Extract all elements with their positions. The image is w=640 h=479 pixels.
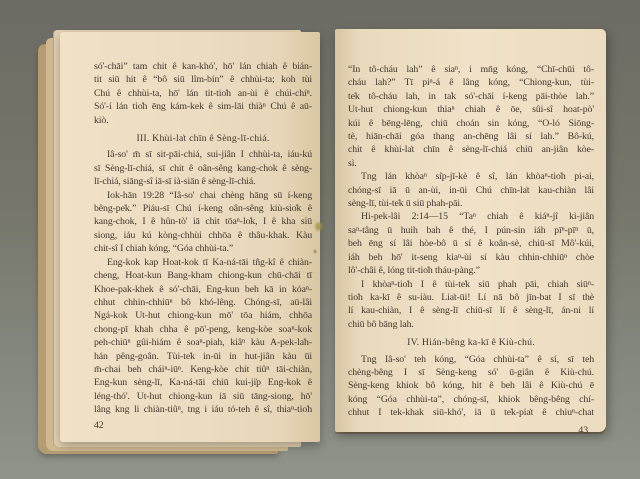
text-line: tè, hiān-chāi góa thang an-chēng lâi sí … <box>348 130 594 143</box>
text-line: m̄-chai beh cháiⁿ-iūⁿ. Keng-kòe chit tiû… <box>94 363 312 376</box>
text-line: Iok-hān 19:28 “Iâ-so' chai chèng hāng sū… <box>94 189 312 202</box>
text-line: lí kau-chiàn, I ê sèng-lī chiū-sī lí ê s… <box>348 304 594 317</box>
section-heading: IV. Hián-bêng ka-kī ê Kiù-chú. <box>348 336 594 349</box>
text-line: “In tô-cháu lah” ê siaⁿ, i mn̄g kóng, “C… <box>348 63 594 76</box>
text-line: Ngá-kok Ut-hut chiong-kun mō' tōa hiám, … <box>94 309 312 322</box>
text-line: sī Sèng-lī-chiá, sī chit ê oân-sêng kang… <box>94 162 312 175</box>
text-line: kóng “Góa chhùi-ta”, chóng-sī, khiok bên… <box>348 393 594 406</box>
text-line: iáh beh hō' it-seng kiaⁿ-ùi sí kàu chhin… <box>348 251 594 264</box>
text-line: Chú ê chhùi-ta, hō' lán tit-tio̍h an-ùi … <box>94 87 312 100</box>
text-line: Khoe-pak-khek ê só'-chāi, Eng-kun beh kā… <box>94 283 312 296</box>
text-line: Ut-hut chiong-kun thiaⁿ chiah ê ōe, sûi-… <box>348 103 594 116</box>
text-line: Sèng-keng khiok bô kóng, hit ê beh lâi ê… <box>348 379 594 392</box>
text-line: bêng-pe̍k.” Piáu-sī Chú í-keng oân-sêng … <box>94 202 312 215</box>
text-line: sì. <box>348 157 594 170</box>
text-line: só'-chāi” tam chit ê kan-khó', hō' lán c… <box>94 60 312 73</box>
text-line: tit siū hit ê “bô siū lîm-bín” ê chhùi-t… <box>94 73 312 86</box>
text-line: Eng-kok kap Hoat-kok tī Ka-ná-tāi tn̂g-k… <box>94 256 312 269</box>
text-line: kang-chok, I ê hûn-tò' iā chit tōaⁿ-lo̍k… <box>94 215 312 228</box>
text-line: cháu lah?” Tī piⁿ-á ê lâng kóng, “Chiong… <box>348 76 594 89</box>
text-line: lô'-châi ê, lóng tit-tio̍h tháu-pàng.” <box>348 264 594 277</box>
text-line: Só'-í lán tio̍h ēng kám-kek ê sim-lāi th… <box>94 100 312 113</box>
text-line: kiò. <box>94 114 312 127</box>
text-line: Tng Iâ-so' teh kóng, “Góa chhùi-ta” ê sí… <box>348 353 594 366</box>
right-page-number: 43 <box>348 424 594 437</box>
right-page: “In tô-cháu lah” ê siaⁿ, i mn̄g kóng, “C… <box>335 29 606 432</box>
right-page-text: “In tô-cháu lah” ê siaⁿ, i mn̄g kóng, “C… <box>348 63 594 437</box>
left-page: só'-chāi” tam chit ê kan-khó', hō' lán c… <box>60 32 320 442</box>
text-line: peh-chiūⁿ gûi-hiám ê soaⁿ-piah, kiâⁿ kàu… <box>94 336 312 349</box>
right-page-body: “In tô-cháu lah” ê siaⁿ, i mn̄g kóng, “C… <box>348 63 594 420</box>
text-line: chhut chhin-chhiūⁿ bô khó-lêng. Chóng-sī… <box>94 296 312 309</box>
text-line: chiū bô bāng lah. <box>348 318 594 331</box>
text-line: I khòaⁿ-tio̍h I ê tùi-te̍k siū phah pāi,… <box>348 278 594 291</box>
text-line: saⁿ-tâng ū huih bah ê thé, I pún-sin iáh… <box>348 224 594 237</box>
text-line: chit ê khùi-la̍t chīn ê sèng-lī-chiá chi… <box>348 143 594 156</box>
left-page-body: só'-chāi” tam chit ê kan-khó', hō' lán c… <box>94 60 312 417</box>
text-line: Tng lán khòaⁿ si̍p-jī-kè ê sî, lán khòaⁿ… <box>348 170 594 183</box>
text-line: lī-chiá, siāng-sî iā-sī ià-siān ê sèng-l… <box>94 175 312 188</box>
text-line: chèng-bêng I sī Sèng-keng só' ū-giân ê K… <box>348 366 594 379</box>
text-line: chóng-sī iā ū an-ùi, in-ūi Chú chīn-la̍t… <box>348 184 594 197</box>
text-line: Eng-kun sèng-lī, Ka-ná-tāi chiū kui-ji̍p… <box>94 376 312 389</box>
text-line: chit-sî I chiah kóng, “Góa chhùi-ta.” <box>94 242 312 255</box>
text-line: cheng, Hoat-kun Bang-kham chiong-kun chū… <box>94 269 312 282</box>
section-heading: III. Khùi-la̍t chīn ê Sèng-lī-chiá. <box>94 132 312 145</box>
left-page-text: só'-chāi” tam chit ê kan-khó', hō' lán c… <box>94 60 312 432</box>
text-line: chong-pī khah chha ê pō'-peng, keng-kòe … <box>94 323 312 336</box>
text-line: tio̍h ka-kī ê su-iàu. Lia̍t-ūi! Lí nā bô… <box>348 291 594 304</box>
text-line: chhut I tek-khak siū-khó', iā ū te̍k-pia… <box>348 406 594 419</box>
text-line: siong, iáu kú kòng-chhùi chhōa ê thâu-kh… <box>94 229 312 242</box>
paper-stain-small <box>313 249 317 254</box>
text-line: sèng-lī, tùi-te̍k ū siū phah-pāi. <box>348 197 594 210</box>
text-line: léng-thó'. Ut-hut chiong-kun iā siū tāng… <box>94 390 312 403</box>
text-line: hán pêng-goân. Tùi-te̍k in-ūi in hut-jiâ… <box>94 350 312 363</box>
text-line: beh ēng sí lâi hòe-bô ū sí ê koân-sè, ch… <box>348 237 594 250</box>
left-page-number: 42 <box>94 419 312 432</box>
text-line: kúi ê bēng-lēng, chiū choán sin kóng, “O… <box>348 117 594 130</box>
text-line: Hi-pek-lâi 2:14—15 “Taⁿ chiah ê kiáⁿ-jî … <box>348 210 594 223</box>
text-line: lâng kng li chiàn-tiûⁿ, tng i iáu tó-teh… <box>94 403 312 416</box>
text-line: te̍k tô-cháu lah, in ta̍k só'-chāi í-ken… <box>348 90 594 103</box>
paper-stain <box>314 221 323 232</box>
text-line: Iâ-so' m̄ sī sit-pāi-chiá, sui-jiân I ch… <box>94 148 312 161</box>
